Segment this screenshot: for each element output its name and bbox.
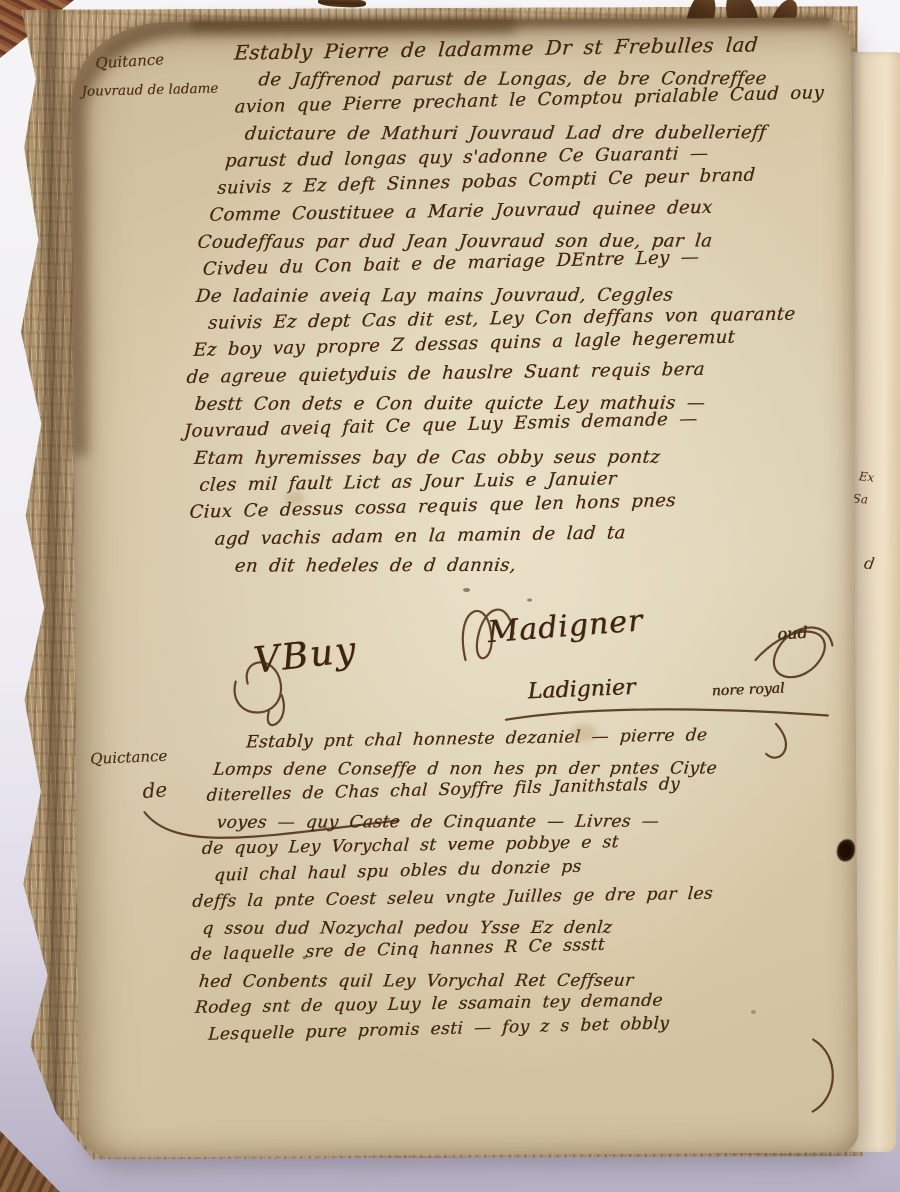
margin-note-second-act-line2: de [142, 777, 168, 803]
ink-blot [837, 839, 855, 861]
handwritten-line: en dit hedeles de d dannis, [233, 551, 840, 580]
second-act-text: Estably pnt chal honneste dezaniel — pie… [176, 725, 842, 1048]
paper-stain [571, 724, 597, 742]
signature-madigner: Madigner [486, 603, 644, 650]
adjacent-page-text-fragment: d [863, 553, 876, 573]
ink-speck [751, 1010, 756, 1014]
ink-speck [527, 599, 532, 602]
signature-madigner-suffix: oud [777, 623, 808, 644]
signature-notary-title: nore royal [711, 681, 784, 700]
ink-speck [303, 956, 307, 959]
handwritten-line: Estably pnt chal honneste dezaniel — pie… [245, 720, 841, 756]
margin-note-second-act-line1: Quictance [90, 747, 168, 768]
signature-buy: VBuy [252, 629, 360, 681]
adjacent-page-text-fragment: Ex [858, 469, 875, 485]
first-act-text: Estably Pierre de ladamme Dr st Frebulle… [171, 35, 839, 580]
manuscript-page: Quitance Jouvraud de ladame Estably Pier… [71, 17, 859, 1157]
ink-speck [463, 588, 470, 592]
adjacent-page-text-fragment: Sa [852, 491, 868, 506]
signature-ladignier: Ladignier [527, 675, 636, 704]
manuscript-photo: Ex Sa d Quitance Jouvraud de ladame Esta… [0, 0, 900, 1192]
paper-stain [284, 491, 304, 505]
